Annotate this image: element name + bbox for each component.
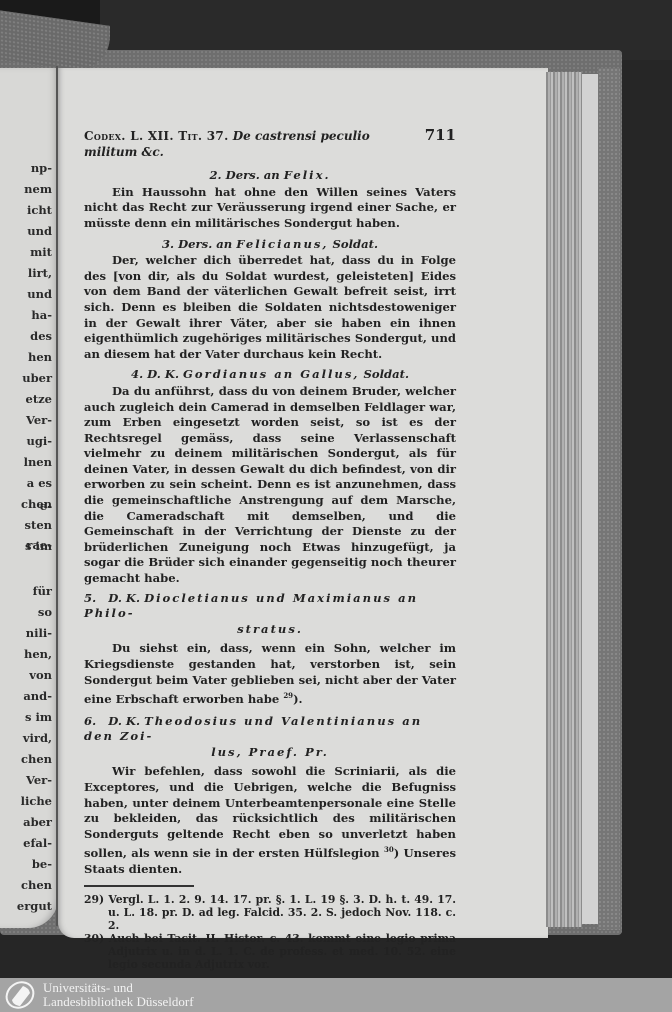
left-page-fragment: be- (17, 854, 52, 875)
left-page-fragment: lirt, (21, 263, 52, 284)
left-page-fragment: and- (17, 686, 52, 707)
footnote-ref: 29 (283, 691, 293, 700)
section-heading: 2. Ders. an Felix. (84, 168, 456, 184)
institution-name: Universitäts- und Landesbibliothek Düsse… (43, 981, 194, 1009)
section-heading: 5. D. K. Diocletianus und Maximianus an … (84, 591, 456, 622)
left-page-fragments-bottom: fürsonili-hen,vonand-s imvird,chenVer-li… (17, 581, 52, 917)
header-codex-ref: Codex. L. XII. Tit. 37. De castrensi pec… (84, 129, 425, 160)
left-page-fragment: chen (17, 875, 52, 896)
endpaper (582, 74, 598, 924)
section-heading: 3. Ders. an Felicianus, Soldat. (84, 237, 456, 253)
left-page-fragment: und (21, 221, 52, 242)
left-page-fragment: vird, (17, 728, 52, 749)
left-page-fragment: des (21, 326, 52, 347)
page-number: 711 (425, 128, 456, 144)
left-page-fragment: so (17, 602, 52, 623)
left-page-fragment: Ver- (21, 410, 52, 431)
left-page-fragments-middle: e-rae- (26, 496, 52, 574)
page-edges (546, 72, 582, 927)
page-text-block: Codex. L. XII. Tit. 37. De castrensi pec… (84, 128, 456, 971)
left-page-fragment: lnen (21, 452, 52, 473)
left-page-fragment: aber (17, 812, 52, 833)
left-page-fragment: von (17, 665, 52, 686)
section-text: Wir befehlen, dass sowohl die Scriniarii… (84, 764, 456, 877)
left-page-fragment: rae- (26, 535, 52, 556)
left-page-fragment: hen, (17, 644, 52, 665)
left-page-fragment: ergut (17, 896, 52, 917)
footnote: 29) Vergl. L. 1. 2. 9. 14. 17. pr. §. 1.… (84, 893, 456, 932)
left-page-fragment: efal- (17, 833, 52, 854)
section-text: Ein Haussohn hat ohne den Willen seines … (84, 185, 456, 232)
footnote-rule (84, 885, 194, 887)
section-text: Der, welcher dich überredet hat, dass du… (84, 253, 456, 362)
left-page-fragment: Ver- (17, 770, 52, 791)
section-text: Du siehst ein, dass, wenn ein Sohn, welc… (84, 641, 456, 707)
left-page-fragment: ha- (21, 305, 52, 326)
left-page-fragment: ugi- (21, 431, 52, 452)
left-page-fragment: nili- (17, 623, 52, 644)
library-footer-bar: Universitäts- und Landesbibliothek Düsse… (0, 978, 672, 1012)
footnote-ref: 30 (384, 845, 394, 854)
section-heading: 6. D. K. Theodosius und Valentinianus an… (84, 714, 456, 745)
section-heading-continued: stratus. (84, 622, 456, 638)
left-page-fragment: e- (26, 496, 52, 517)
left-page-fragment: für (17, 581, 52, 602)
left-page-fragment: liche (17, 791, 52, 812)
section-text: Da du anführst, dass du von deinem Brude… (84, 384, 456, 587)
section-heading-continued: lus, Praef. Pr. (84, 745, 456, 761)
left-page: np-nemichtundmitlirt,undha-deshenuberetz… (0, 68, 58, 928)
book-cover-right-edge (598, 68, 620, 930)
left-page-fragment: mit (21, 242, 52, 263)
section-heading: 4. D. K. Gordianus an Gallus, Soldat. (84, 367, 456, 383)
left-page-fragment: uber (21, 368, 52, 389)
left-page-fragment: np- (21, 158, 52, 179)
book-logo-icon (3, 980, 37, 1010)
left-page-fragment: nem (21, 179, 52, 200)
left-page-fragment: a es (21, 473, 52, 494)
left-page-fragment: etze (21, 389, 52, 410)
left-page-fragment: chen (17, 749, 52, 770)
footnote: 30) Auch bei Tacit. II. Histor. c. 43. k… (84, 932, 456, 971)
left-page-fragment: s im (17, 707, 52, 728)
running-header: Codex. L. XII. Tit. 37. De castrensi pec… (84, 128, 456, 160)
left-page-fragment: hen (21, 347, 52, 368)
left-page-fragment: und (21, 284, 52, 305)
left-page-fragment: icht (21, 200, 52, 221)
